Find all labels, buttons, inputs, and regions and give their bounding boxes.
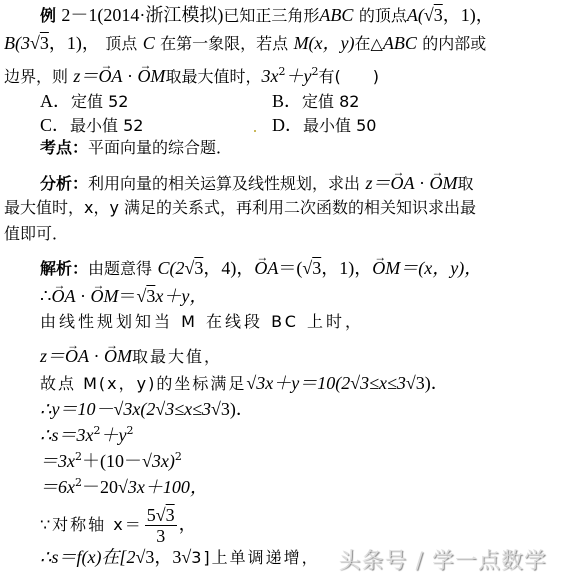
option-d[interactable]: D．最小值 50: [272, 114, 376, 137]
stray-dot: [254, 130, 256, 132]
jiexi-line-4: z＝OA · OM取最大值，: [40, 345, 222, 368]
jiexi-line-2: ∴OA · OM＝√3x＋y，: [40, 285, 207, 308]
jiexi-line-10: ∵对称轴 x＝5√33，: [40, 504, 197, 546]
jiexi-line-7: ∴s＝3x2＋y2: [40, 424, 133, 447]
option-b[interactable]: B．定值 82: [272, 90, 359, 113]
sqrt: √3: [424, 5, 443, 25]
fenxi-line-1: 分析：利用向量的相关运算及线性规划，求出 z＝OA · OM取: [40, 172, 473, 195]
jiexi-line-1: 解析：由题意得 C(2√3，4)，OA＝(√3，1)，OM＝(x，y)，: [40, 257, 482, 280]
fraction: 5√33: [145, 505, 177, 546]
problem-line-3: 边界，则 z＝OA · OM取最大值时，3x2＋y2有( ): [4, 65, 379, 88]
vector-om: OM: [429, 172, 457, 194]
kaodian-line: 考点：平面向量的综合题．: [40, 137, 232, 159]
jiexi-line-3: 由线性规划知当 M 在线段 BC 上时，: [40, 311, 364, 333]
vector-oa: OA: [390, 172, 414, 194]
jiexi-line-5: 故点 M(x，y)的坐标满足√3x＋y＝10(2√3≤x≤3√3)．: [40, 372, 449, 395]
fenxi-label: 分析：: [40, 174, 88, 193]
jiexi-line-8: ＝3x2＋(10－√3x)2: [40, 450, 182, 473]
jiexi-line-6: ∴y＝10－√3x(2√3≤x≤3√3)．: [40, 398, 254, 421]
jiexi-line-9: ＝6x2－20√3x＋100，: [40, 476, 208, 499]
kaodian-label: 考点：: [40, 138, 88, 157]
option-a[interactable]: A．定值 52: [40, 90, 128, 113]
jiexi-line-11: ∴s＝f(x)在[2√3，3√3]上单调递增，: [40, 546, 320, 569]
problem-line-1: 例 2－1(2014·浙江模拟)已知正三角形ABC 的顶点A(√3，1)，: [40, 4, 494, 27]
fenxi-line-2: 最大值时，x，y 满足的关系式，再利用二次函数的相关知识求出最: [4, 197, 476, 219]
option-c[interactable]: C．最小值 52: [40, 114, 143, 137]
vector-om: OM: [137, 65, 165, 87]
example-label: 例: [40, 6, 56, 25]
watermark: 头条号 / 学一点数学: [339, 544, 547, 575]
vector-oa: OA: [98, 65, 122, 87]
problem-line-2: B(3√3，1)， 顶点 C 在第一象限，若点 M(x，y)在△ABC 的内部或: [4, 32, 486, 55]
fenxi-line-3: 值即可．: [4, 223, 68, 245]
